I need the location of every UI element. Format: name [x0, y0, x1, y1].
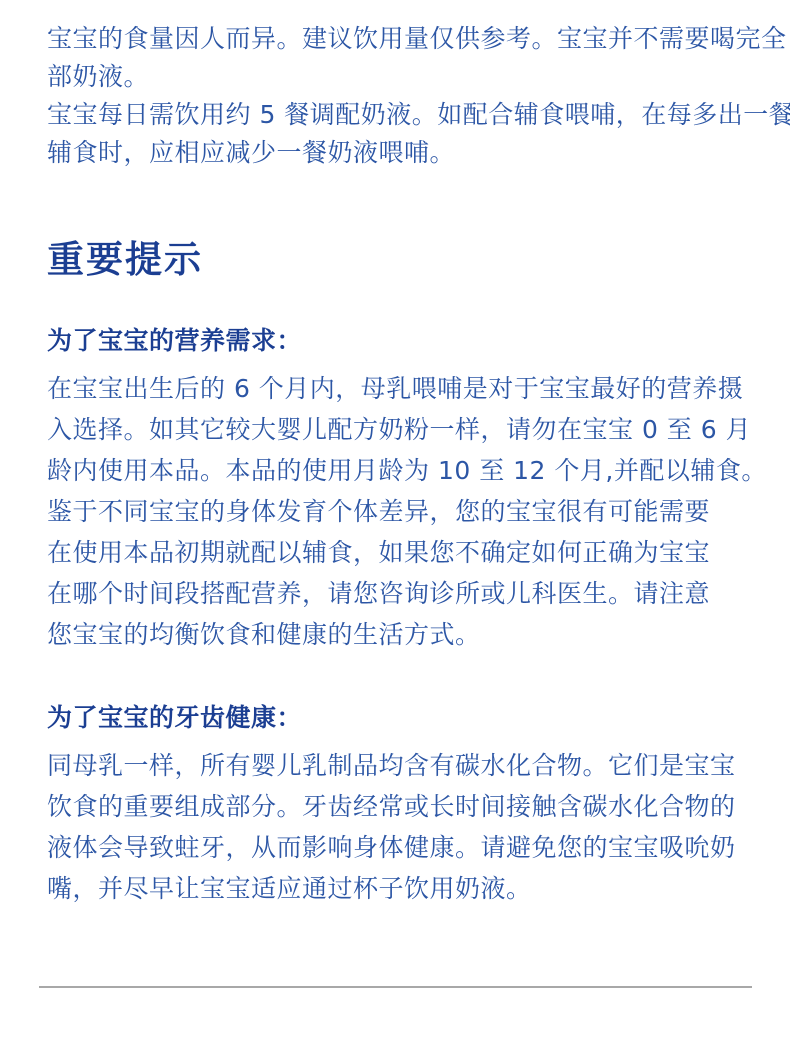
- text-line: 部奶液。: [47, 58, 746, 96]
- section-title: 为了宝宝的营养需求：: [47, 324, 746, 358]
- section-divider: [39, 986, 752, 988]
- section-nutrition: 为了宝宝的营养需求： 在宝宝出生后的 6 个月内，母乳喂哺是对于宝宝最好的营养摄…: [47, 324, 746, 655]
- text-line: 在使用本品初期就配以辅食，如果您不确定如何正确为宝宝: [47, 532, 746, 573]
- page-title: 重要提示: [47, 238, 746, 282]
- text-line: 液体会导致蛀牙，从而影响身体健康。请避免您的宝宝吸吮奶: [47, 827, 746, 868]
- text-line: 嘴，并尽早让宝宝适应通过杯子饮用奶液。: [47, 868, 746, 909]
- section-title: 为了宝宝的牙齿健康：: [47, 701, 746, 735]
- product-description-document: 宝宝的食量因人而异。建议饮用量仅供参考。宝宝并不需要喝完全 部奶液。 宝宝每日需…: [0, 0, 790, 909]
- text-line: 宝宝每日需饮用约 5 餐调配奶液。如配合辅食喂哺，在每多出一餐: [47, 96, 746, 134]
- text-line: 入选择。如其它较大婴儿配方奶粉一样，请勿在宝宝 0 至 6 月: [47, 409, 746, 450]
- text-line: 宝宝的食量因人而异。建议饮用量仅供参考。宝宝并不需要喝完全: [47, 20, 746, 58]
- text-line: 在哪个时间段搭配营养，请您咨询诊所或儿科医生。请注意: [47, 573, 746, 614]
- section-dental: 为了宝宝的牙齿健康： 同母乳一样，所有婴儿乳制品均含有碳水化合物。它们是宝宝 饮…: [47, 701, 746, 909]
- section-paragraph: 同母乳一样，所有婴儿乳制品均含有碳水化合物。它们是宝宝 饮食的重要组成部分。牙齿…: [47, 745, 746, 909]
- text-line: 辅食时，应相应减少一餐奶液喂哺。: [47, 134, 746, 172]
- text-line: 龄内使用本品。本品的使用月龄为 10 至 12 个月,并配以辅食。: [47, 450, 746, 491]
- text-line: 在宝宝出生后的 6 个月内，母乳喂哺是对于宝宝最好的营养摄: [47, 368, 746, 409]
- text-line: 您宝宝的均衡饮食和健康的生活方式。: [47, 614, 746, 655]
- text-line: 鉴于不同宝宝的身体发育个体差异，您的宝宝很有可能需要: [47, 491, 746, 532]
- section-paragraph: 在宝宝出生后的 6 个月内，母乳喂哺是对于宝宝最好的营养摄 入选择。如其它较大婴…: [47, 368, 746, 655]
- intro-paragraph: 宝宝的食量因人而异。建议饮用量仅供参考。宝宝并不需要喝完全 部奶液。 宝宝每日需…: [47, 20, 746, 172]
- text-line: 同母乳一样，所有婴儿乳制品均含有碳水化合物。它们是宝宝: [47, 745, 746, 786]
- text-line: 饮食的重要组成部分。牙齿经常或长时间接触含碳水化合物的: [47, 786, 746, 827]
